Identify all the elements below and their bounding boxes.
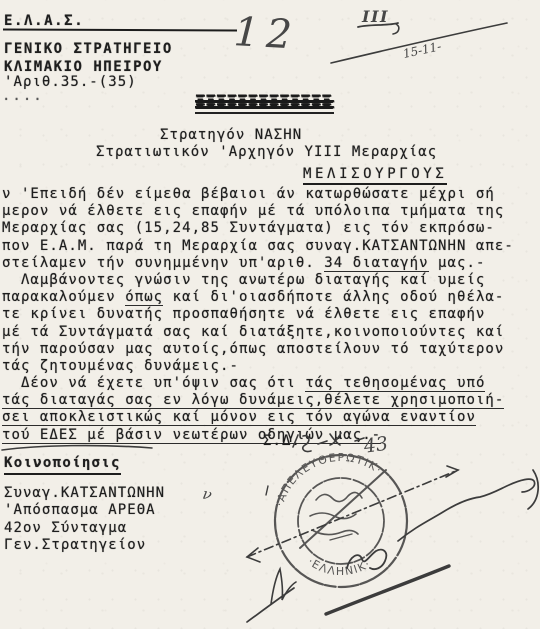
small-tick	[266, 486, 268, 495]
handwritten-page-number: 12	[233, 9, 300, 58]
svg-text:III: III	[361, 7, 389, 26]
scanned-document-page: Ε.Λ.Α.Σ. ΓΕΝΙΚΟ ΣΤΡΑΤΗΓΕΙΟ ΚΛΙΜΑΚΙΟ ΗΠΕΙ…	[0, 0, 540, 629]
stamp-inner-circle	[298, 478, 384, 564]
handwriting-and-stamp-overlay: 12 III 15-11- 43	[0, 0, 540, 629]
pencil-underline	[2, 446, 152, 450]
signature-scribble	[398, 470, 538, 541]
svg-text:43: 43	[361, 433, 389, 458]
stamp-emblem-scribble	[300, 470, 386, 548]
dash-arrow-annotation	[247, 466, 458, 562]
svg-text:12: 12	[233, 9, 300, 58]
handwritten-roman-numeral: III	[358, 7, 399, 34]
handwritten-date-small: 15-11-	[402, 39, 443, 61]
handwritten-check: ν	[201, 485, 213, 504]
roman-flourish	[393, 24, 399, 34]
